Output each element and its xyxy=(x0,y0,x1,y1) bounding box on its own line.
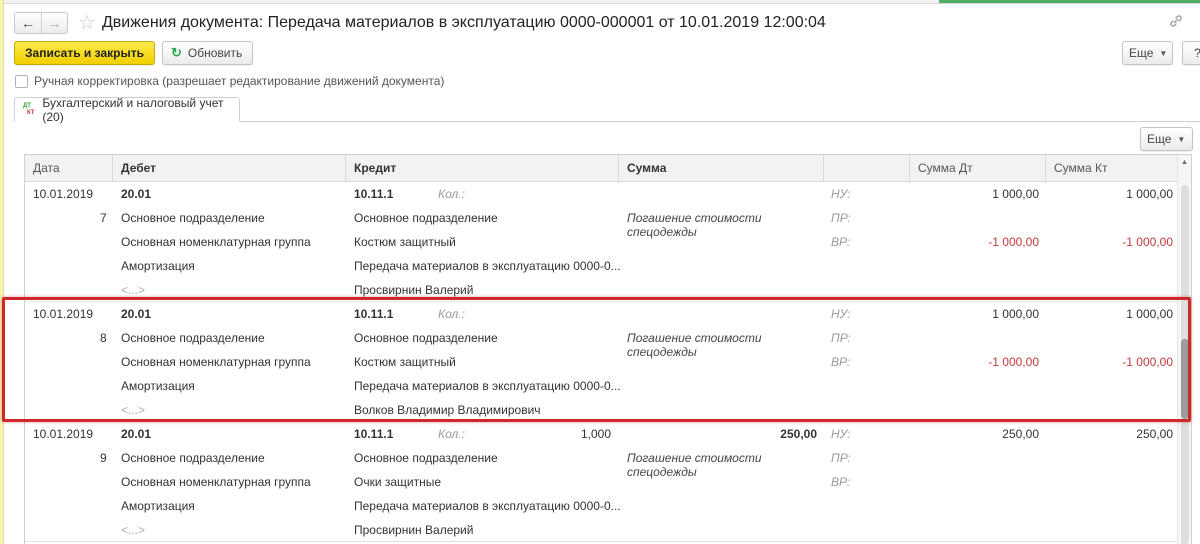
refresh-button[interactable]: ↻ Обновить xyxy=(162,41,253,65)
forward-button[interactable]: → xyxy=(41,13,67,33)
label-nu: НУ: xyxy=(831,307,850,321)
label-vr: ВР: xyxy=(831,355,850,369)
credit-subconto-3: Передача материалов в эксплуатацию 0000-… xyxy=(354,499,621,513)
credit-subconto-3: Передача материалов в эксплуатацию 0000-… xyxy=(354,259,621,273)
col-credit[interactable]: Кредит xyxy=(346,155,619,182)
debit-subconto-1: Основное подразделение xyxy=(121,211,265,225)
tab-label: Бухгалтерский и налоговый учет (20) xyxy=(42,96,239,124)
credit-subconto-1: Основное подразделение xyxy=(354,331,498,345)
debit-subconto-3: Амортизация xyxy=(121,379,195,393)
sum-kt-nu: 250,00 xyxy=(1051,427,1173,441)
row-line-number: 9 xyxy=(100,451,107,465)
col-debit[interactable]: Дебет xyxy=(113,155,346,182)
col-sum-kt[interactable]: Сумма Кт xyxy=(1046,155,1179,182)
sum-dt-vr: -1 000,00 xyxy=(915,355,1039,369)
sum-kt-nu: 1 000,00 xyxy=(1051,307,1173,321)
left-panel-edge xyxy=(0,0,4,544)
quantity-label: Кол.: xyxy=(438,307,465,321)
label-pr: ПР: xyxy=(831,211,851,225)
tab-accounting[interactable]: ДТКТ Бухгалтерский и налоговый учет (20) xyxy=(14,97,240,122)
col-sum-dt[interactable]: Сумма Дт xyxy=(910,155,1046,182)
credit-subconto-3: Передача материалов в эксплуатацию 0000-… xyxy=(354,379,621,393)
form-toolbar: Записать и закрыть ↻ Обновить Еще ▼ ? xyxy=(14,41,1200,65)
table-row[interactable]: 10.01.2019 8 20.01 Основное подразделени… xyxy=(25,302,1177,422)
arrow-left-icon: ← xyxy=(21,15,35,31)
label-vr: ВР: xyxy=(831,475,850,489)
credit-subconto-1: Основное подразделение xyxy=(354,211,498,225)
movements-table: Дата Дебет Кредит Сумма Сумма Дт Сумма К… xyxy=(24,154,1192,544)
save-and-close-button[interactable]: Записать и закрыть xyxy=(14,41,155,65)
scroll-up-arrow-icon[interactable]: ▲ xyxy=(1181,159,1188,166)
quantity-label: Кол.: xyxy=(438,427,465,441)
sum-kt-vr: -1 000,00 xyxy=(1051,235,1173,249)
sum-dt-nu: 250,00 xyxy=(915,427,1039,441)
debit-subconto-more: <...> xyxy=(121,283,145,297)
row-date: 10.01.2019 xyxy=(33,427,93,441)
label-pr: ПР: xyxy=(831,331,851,345)
table-header: Дата Дебет Кредит Сумма Сумма Дт Сумма К… xyxy=(25,155,1177,182)
debit-subconto-2: Основная номенклатурная группа xyxy=(121,475,311,489)
credit-account: 10.11.1 xyxy=(354,187,393,201)
label-pr: ПР: xyxy=(831,451,851,465)
col-date[interactable]: Дата xyxy=(25,155,113,182)
chevron-down-icon: ▼ xyxy=(1159,49,1167,58)
debit-account: 20.01 xyxy=(121,307,151,321)
active-window-indicator xyxy=(939,0,1200,3)
manual-edit-label[interactable]: Ручная корректировка (разрешает редактир… xyxy=(34,74,444,88)
manual-edit-row: Ручная корректировка (разрешает редактир… xyxy=(15,74,444,88)
debit-account: 20.01 xyxy=(121,187,151,201)
table-more-button[interactable]: Еще ▼ xyxy=(1140,127,1193,151)
debit-subconto-3: Амортизация xyxy=(121,499,195,513)
entry-description: Погашение стоимости спецодежды xyxy=(627,211,797,239)
back-button[interactable]: ← xyxy=(15,13,41,33)
label-nu: НУ: xyxy=(831,187,850,201)
amount-value: 250,00 xyxy=(719,427,817,441)
help-button[interactable]: ? xyxy=(1182,41,1200,65)
debit-subconto-2: Основная номенклатурная группа xyxy=(121,235,311,249)
refresh-label: Обновить xyxy=(188,46,242,60)
dt-kt-icon: ДТКТ xyxy=(23,103,36,117)
more-label: Еще xyxy=(1129,46,1153,60)
row-date: 10.01.2019 xyxy=(33,187,93,201)
credit-subconto-1: Основное подразделение xyxy=(354,451,498,465)
col-type[interactable] xyxy=(824,155,910,182)
arrow-right-icon: → xyxy=(48,15,62,31)
refresh-icon: ↻ xyxy=(171,45,182,61)
sum-kt-vr: -1 000,00 xyxy=(1051,355,1173,369)
sum-kt-nu: 1 000,00 xyxy=(1051,187,1173,201)
window-tab-strip xyxy=(4,0,1200,4)
debit-subconto-3: Амортизация xyxy=(121,259,195,273)
credit-subconto-2: Костюм защитный xyxy=(354,355,456,369)
title-bar: ← → ☆ Движения документа: Передача матер… xyxy=(14,10,1186,36)
quantity-value: 1,000 xyxy=(545,427,611,441)
more-actions-button[interactable]: Еще ▼ xyxy=(1122,41,1173,65)
debit-subconto-1: Основное подразделение xyxy=(121,331,265,345)
page-title: Движения документа: Передача материалов … xyxy=(102,14,826,32)
entry-description: Погашение стоимости спецодежды xyxy=(627,331,797,359)
credit-subconto-4: Просвирнин Валерий xyxy=(354,283,473,297)
scroll-thumb[interactable] xyxy=(1181,339,1189,419)
debit-subconto-1: Основное подразделение xyxy=(121,451,265,465)
table-row[interactable]: 10.01.2019 9 20.01 Основное подразделени… xyxy=(25,422,1177,542)
sum-dt-nu: 1 000,00 xyxy=(915,307,1039,321)
label-vr: ВР: xyxy=(831,235,850,249)
label-nu: НУ: xyxy=(831,427,850,441)
credit-subconto-4: Волков Владимир Владимирович xyxy=(354,403,541,417)
credit-subconto-2: Очки защитные xyxy=(354,475,441,489)
favorite-star-icon[interactable]: ☆ xyxy=(78,13,96,33)
credit-account: 10.11.1 xyxy=(354,307,393,321)
credit-subconto-2: Костюм защитный xyxy=(354,235,456,249)
quantity-label: Кол.: xyxy=(438,187,465,201)
debit-subconto-more: <...> xyxy=(121,403,145,417)
scroll-track[interactable] xyxy=(1181,185,1189,544)
chevron-down-icon: ▼ xyxy=(1177,135,1185,144)
credit-account: 10.11.1 xyxy=(354,427,393,441)
debit-subconto-more: <...> xyxy=(121,523,145,537)
debit-subconto-2: Основная номенклатурная группа xyxy=(121,355,311,369)
row-date: 10.01.2019 xyxy=(33,307,93,321)
entry-description: Погашение стоимости спецодежды xyxy=(627,451,797,479)
more-label: Еще xyxy=(1147,132,1171,146)
sum-dt-vr: -1 000,00 xyxy=(915,235,1039,249)
col-sum[interactable]: Сумма xyxy=(619,155,824,182)
row-line-number: 8 xyxy=(100,331,107,345)
debit-account: 20.01 xyxy=(121,427,151,441)
link-icon[interactable] xyxy=(1168,13,1184,33)
table-row[interactable]: 10.01.2019 7 20.01 Основное подразделени… xyxy=(25,182,1177,302)
row-line-number: 7 xyxy=(100,211,107,225)
navigation-buttons: ← → xyxy=(14,12,68,34)
vertical-scrollbar[interactable]: ▲ xyxy=(1177,155,1191,544)
manual-edit-checkbox[interactable] xyxy=(15,75,28,88)
table-body: 10.01.2019 7 20.01 Основное подразделени… xyxy=(25,182,1177,542)
sum-dt-nu: 1 000,00 xyxy=(915,187,1039,201)
credit-subconto-4: Просвирнин Валерий xyxy=(354,523,473,537)
